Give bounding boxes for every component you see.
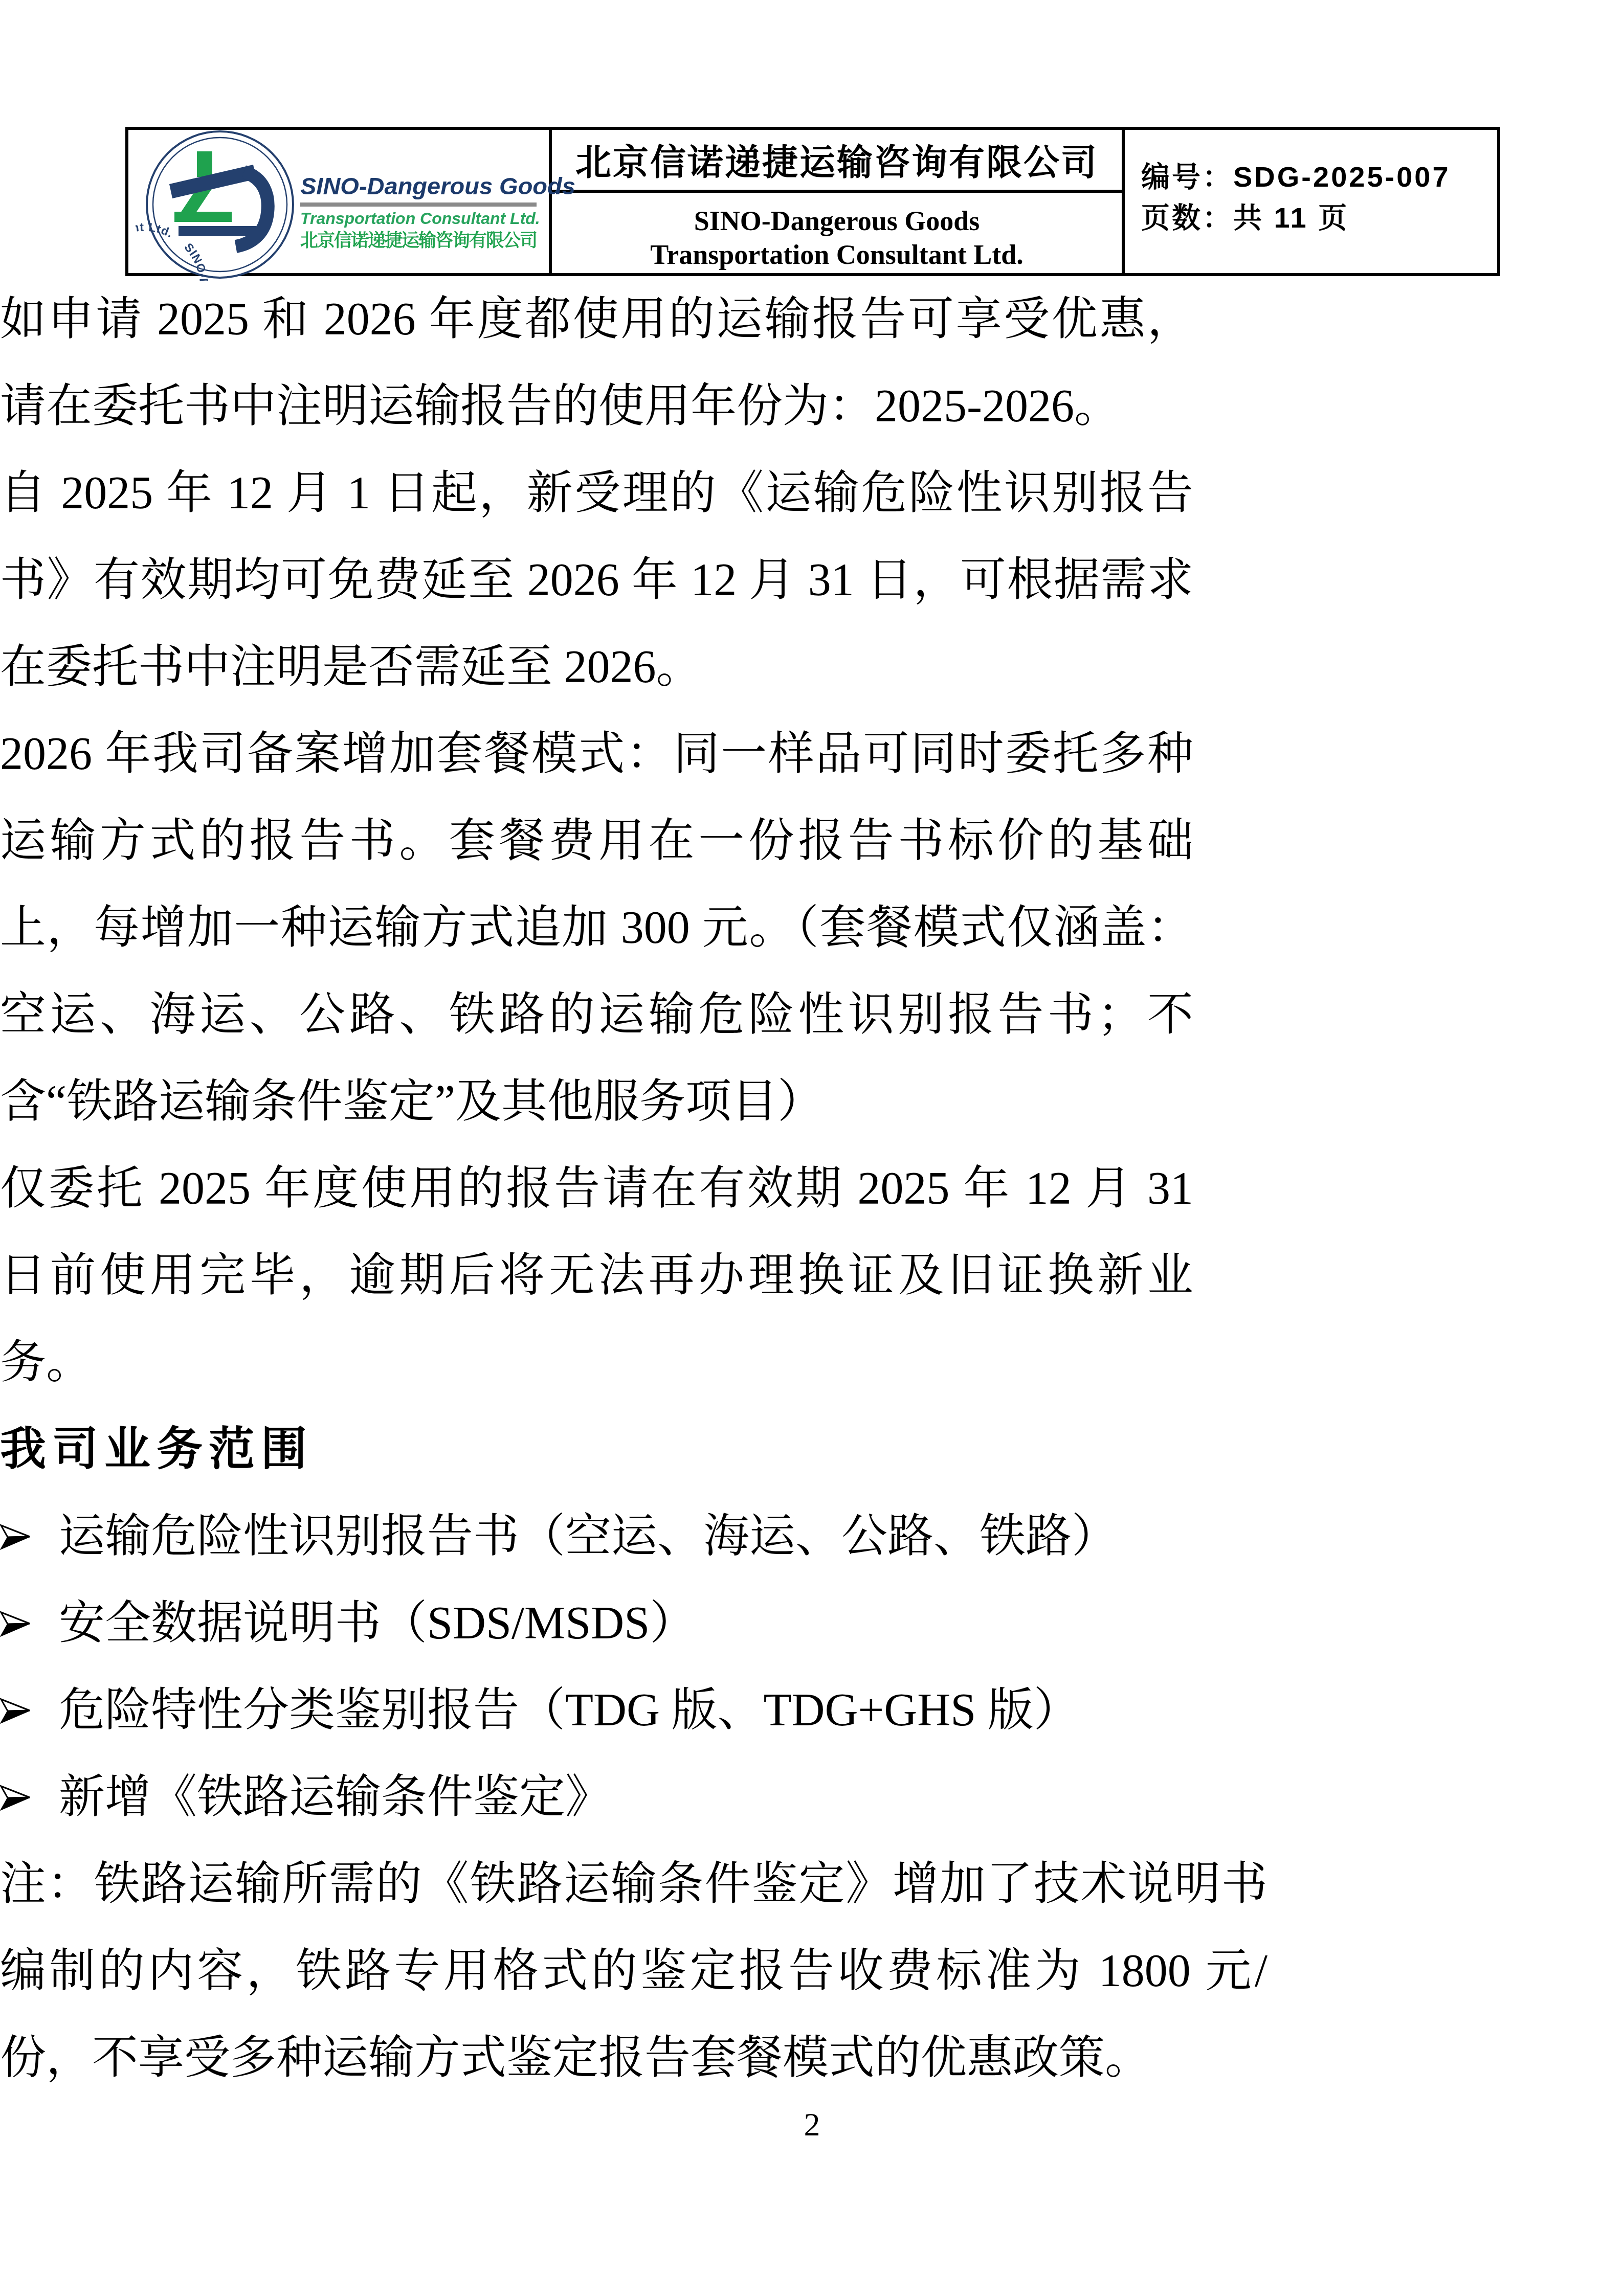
doc-number: 编号：SDG-2025-007 — [1141, 156, 1499, 197]
bullet-item-2: 安全数据说明书（SDS/MSDS） — [0, 1580, 1267, 1667]
item-text: 自 2025 年 12 月 1 日起，新受理的《运输危险性识别报告书》有效期均可… — [0, 468, 1193, 692]
company-name-en: SINO-Dangerous Goods Transportation Cons… — [552, 193, 1122, 272]
document-body: 2>如申请 2025 和 2026 年度都使用的运输报告可享受优惠，请在委托书中… — [0, 276, 1624, 2102]
page-count-label: 页数： — [1141, 201, 1233, 234]
bullet-text: 运输危险性识别报告书（空运、海运、公路、铁路） — [59, 1511, 1118, 1562]
doc-number-value: SDG-2025-007 — [1233, 161, 1451, 193]
logo-wordmark: SINO-Dangerous Goods Transportation Cons… — [300, 174, 546, 250]
table-border-vertical-2 — [1122, 130, 1125, 273]
header-table: SINO-Dangerous Goods Transportation Cons… — [125, 127, 1500, 276]
document-page: SINO-Dangerous Goods Transportation Cons… — [0, 0, 1624, 2296]
arrow-bullet-icon — [0, 1522, 32, 1551]
wordmark-line-en2: Transportation Consultant Ltd. — [300, 210, 546, 227]
bullet-text: 危险特性分类鉴别报告（TDG 版、TDG+GHS 版） — [59, 1685, 1080, 1736]
wordmark-divider — [300, 202, 537, 207]
bullet-text: 安全数据说明书（SDS/MSDS） — [59, 1598, 696, 1649]
company-seal-icon: SINO-Dangerous Goods Transportation Cons… — [136, 128, 304, 281]
list-item-3: 3>自 2025 年 12 月 1 日起，新受理的《运输危险性识别报告书》有效期… — [0, 450, 1193, 711]
list-item-4: 4>2026 年我司备案增加套餐模式：同一样品可同时委托多种运输方式的报告书。套… — [0, 711, 1193, 1145]
wordmark-line-en1: SINO-Dangerous Goods — [300, 174, 546, 198]
bullet-item-4: 新增《铁路运输条件鉴定》 — [0, 1754, 1267, 1841]
item-text: 仅委托 2025 年度使用的报告请在有效期 2025 年 12 月 31 日前使… — [0, 1163, 1193, 1388]
bullet-text: 新增《铁路运输条件鉴定》 — [59, 1772, 611, 1822]
section-heading: 我司业务范围 — [0, 1406, 1267, 1493]
bullet-item-1: 运输危险性识别报告书（空运、海运、公路、铁路） — [0, 1493, 1267, 1580]
note-paragraph: 注：铁路运输所需的《铁路运输条件鉴定》增加了技术说明书编制的内容，铁路专用格式的… — [0, 1841, 1267, 2102]
doc-meta: 编号：SDG-2025-007 页数：共 11 页 — [1141, 156, 1499, 238]
arrow-bullet-icon — [0, 1609, 32, 1638]
doc-number-label: 编号： — [1141, 161, 1233, 193]
arrow-bullet-icon — [0, 1783, 32, 1812]
item-text: 如申请 2025 和 2026 年度都使用的运输报告可享受优惠，请在委托书中注明… — [0, 294, 1193, 432]
page-count-value: 共 11 页 — [1233, 201, 1349, 234]
company-name-en-line2: Transportation Consultant Ltd. — [552, 238, 1122, 272]
list-item-2: 2>如申请 2025 和 2026 年度都使用的运输报告可享受优惠，请在委托书中… — [0, 276, 1193, 450]
company-name-cn: 北京信诺递捷运输咨询有限公司 — [552, 130, 1122, 190]
page-number: 2 — [0, 2099, 1624, 2150]
page-count: 页数：共 11 页 — [1141, 197, 1499, 238]
list-item-5: 5>仅委托 2025 年度使用的报告请在有效期 2025 年 12 月 31 日… — [0, 1145, 1193, 1406]
wordmark-line-cn: 北京信诺递捷运输咨询有限公司 — [300, 232, 546, 250]
item-text: 2026 年我司备案增加套餐模式：同一样品可同时委托多种运输方式的报告书。套餐费… — [0, 729, 1193, 1127]
bullet-item-3: 危险特性分类鉴别报告（TDG 版、TDG+GHS 版） — [0, 1667, 1267, 1754]
arrow-bullet-icon — [0, 1696, 32, 1725]
company-name-en-line1: SINO-Dangerous Goods — [552, 204, 1122, 238]
